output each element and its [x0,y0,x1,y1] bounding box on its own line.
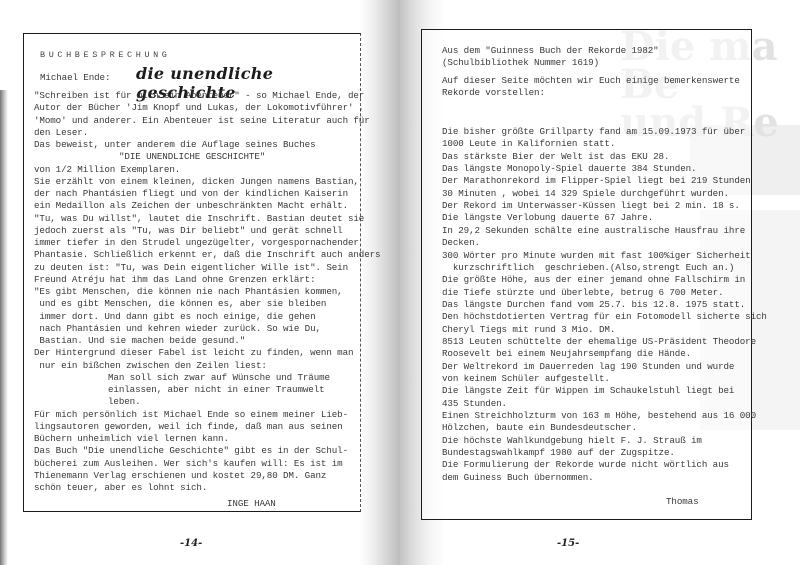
records-box: Aus dem "Guinness Buch der Rekorde 1982"… [421,29,752,520]
text-line: (Schulbibliothek Nummer 1619) [442,56,599,70]
section-heading: BUCHBESPRECHUNG [40,48,171,62]
author-label: Michael Ende: [40,71,110,85]
book-review-box: BUCHBESPRECHUNG Michael Ende: die unendl… [23,33,361,512]
document-spread: BUCHBESPRECHUNG Michael Ende: die unendl… [0,0,800,565]
text-line: schön teuer, aber es lohnt sich. [34,481,207,495]
left-page: BUCHBESPRECHUNG Michael Ende: die unendl… [0,0,400,565]
records-signature: Thomas [666,495,698,509]
page-number-right: -15- [557,538,579,549]
page-number-left: -14- [180,538,202,549]
review-signature: INGE HAAN [227,497,276,511]
text-line: In 29,2 Sekunden schälte eine australisc… [442,224,745,238]
text-line: dem Guiness Buch übernommen. [442,471,594,485]
text-line: Rekorde vorstellen: [442,86,545,100]
left-page-edge-shadow [0,90,8,565]
